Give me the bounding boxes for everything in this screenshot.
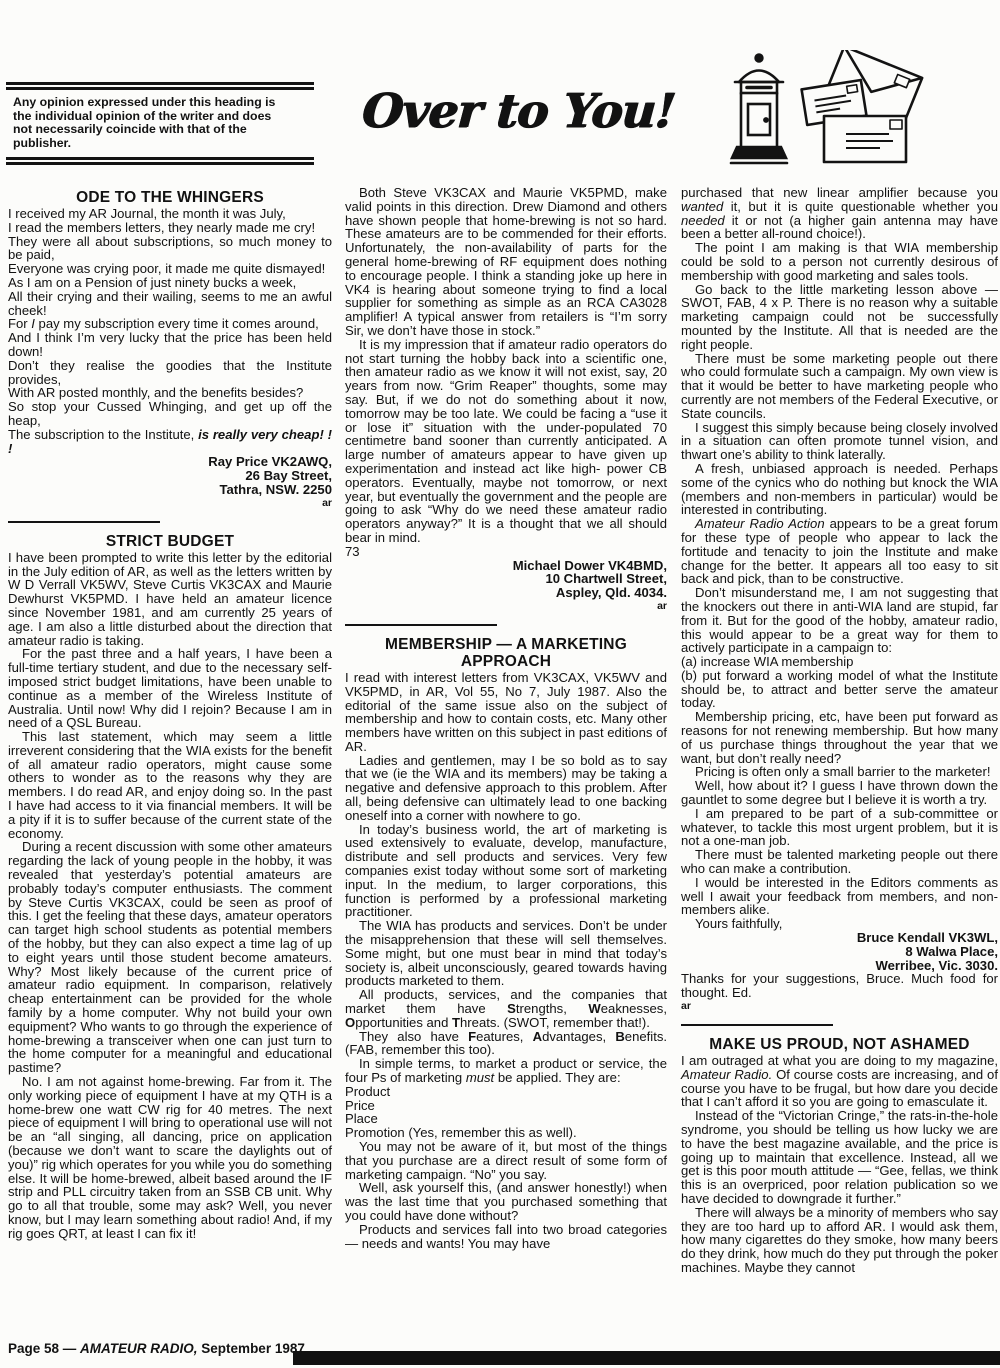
signature-line: 8 Walwa Place, (681, 945, 998, 959)
signature-line: Werribee, Vic. 3030. (681, 959, 998, 973)
text-segment: needed (681, 213, 725, 228)
text-segment: dvantages, (542, 1029, 615, 1044)
paragraph: I am outraged at what you are doing to m… (681, 1054, 998, 1109)
mail-illustration (712, 50, 940, 178)
text-segment: T (452, 1015, 460, 1030)
signature-line: Bruce Kendall VK3WL, (681, 931, 998, 945)
text-segment: They also have (359, 1029, 468, 1044)
letter-heading: STRICT BUDGET (8, 533, 332, 550)
signature-line: 10 Chartwell Street, (345, 572, 667, 586)
paragraph: Pricing is often only a small barrier to… (681, 765, 998, 779)
paragraph: The point I am making is that WIA member… (681, 241, 998, 282)
paragraph: purchased that new linear amplifier beca… (681, 186, 998, 241)
paragraph: I have been prompted to write this lette… (8, 551, 332, 648)
mailbox-icon (731, 55, 787, 163)
text-segment: purchased that new linear amplifier beca… (681, 185, 998, 200)
letter-heading: ODE TO THE WHINGERS (8, 189, 332, 206)
text-segment: pay my subscription every time it comes … (35, 316, 319, 331)
paragraph: All products, services, and the companie… (345, 988, 667, 1029)
text-segment: it or not (a higher gain antenna may hav… (681, 213, 998, 242)
letter-heading: MEMBERSHIP — A MARKETING APPROACH (345, 636, 667, 670)
text-line: 73 (345, 545, 667, 559)
paragraph: There must be talented marketing people … (681, 848, 998, 876)
text-segment: hreats. (SWOT, remember that!). (460, 1015, 650, 1030)
paragraph: Don’t misunderstand me, I am not suggest… (681, 586, 998, 655)
text-segment: it, but it is quite questionable whether… (723, 199, 998, 214)
section-divider (681, 1024, 833, 1026)
section-divider (345, 624, 497, 626)
text-segment: trengths, (516, 1001, 589, 1016)
paragraph: This last statement, which may seem a li… (8, 730, 332, 840)
text-segment: O (345, 1015, 355, 1030)
text-segment: I am outraged at what you are doing to m… (681, 1053, 998, 1068)
text-segment: AMATEUR RADIO, (80, 1341, 198, 1356)
paragraph: I am prepared to be part of a sub-commit… (681, 807, 998, 848)
text-segment: Page 58 — (8, 1341, 80, 1356)
text-segment: eatures, (476, 1029, 533, 1044)
page-title: Over to You! (360, 84, 674, 139)
paragraph: Go back to the little marketing lesson a… (681, 283, 998, 352)
text-line: With AR posted monthly, and the benefits… (8, 386, 332, 400)
text-line: I read the members letters, they nearly … (8, 221, 332, 235)
end-mark: ar (681, 1000, 998, 1012)
paragraph: Thanks for your suggestions, Bruce. Much… (681, 972, 998, 1000)
signature-line: Tathra, NSW. 2250 (8, 483, 332, 497)
text-line: So stop your Cussed Whinging, and get up… (8, 400, 332, 428)
text-segment: W (588, 1001, 600, 1016)
text-line: All their crying and their wailing, seem… (8, 290, 332, 318)
text-line: (b) put forward a working model of what … (681, 669, 998, 710)
section-divider (8, 521, 160, 523)
paragraph: I suggest this simply because being clos… (681, 421, 998, 462)
paragraph: The WIA has products and services. Don’t… (345, 919, 667, 988)
text-segment: September 1987 (198, 1341, 305, 1356)
envelopes-icon (802, 50, 923, 162)
disclaimer-text: Any opinion expressed under this heading… (6, 90, 281, 157)
text-line: For I pay my subscription every time it … (8, 317, 332, 331)
text-segment: eaknesses, (601, 1001, 667, 1016)
paragraph: For the past three and a half years, I h… (8, 647, 332, 730)
signature-line: Aspley, Qld. 4034. (345, 586, 667, 600)
text-segment: S (507, 1001, 516, 1016)
paragraph: Amateur Radio Action appears to be a gre… (681, 517, 998, 586)
signature-line: Ray Price VK2AWQ, (8, 455, 332, 469)
text-line: As I am on a Pension of just ninety buck… (8, 276, 332, 290)
page-footer: Page 58 — AMATEUR RADIO, September 1987 (8, 1341, 305, 1356)
end-mark: ar (8, 497, 332, 509)
text-segment: The subscription to the Institute, (8, 427, 198, 442)
text-segment: be applied. They are: (494, 1070, 620, 1085)
paragraph: There will always be a minority of membe… (681, 1206, 998, 1275)
text-segment: must (466, 1070, 494, 1085)
text-segment: B (615, 1029, 624, 1044)
list-item: Promotion (Yes, remember this as well). (345, 1126, 667, 1140)
paragraph: In simple terms, to market a product or … (345, 1057, 667, 1085)
paragraph: Well, how about it? I guess I have throw… (681, 779, 998, 807)
paragraph: Instead of the “Victorian Cringe,” the r… (681, 1109, 998, 1206)
paragraph: No. I am not against home-brewing. Far f… (8, 1075, 332, 1241)
paragraph: Ladies and gentlemen, may I be so bold a… (345, 754, 667, 823)
paragraph: In today’s business world, the art of ma… (345, 823, 667, 920)
text-line: (a) increase WIA membership (681, 655, 998, 669)
end-mark: ar (345, 600, 667, 612)
double-rule-bottom (6, 157, 314, 165)
column-2: Both Steve VK3CAX and Maurie VK5PMD, mak… (345, 186, 667, 1250)
text-line: Everyone was crying poor, it made me qui… (8, 262, 332, 276)
text-segment: A (533, 1029, 542, 1044)
double-rule-top (6, 82, 314, 90)
text-segment: Amateur Radio. (681, 1067, 772, 1082)
paragraph: Both Steve VK3CAX and Maurie VK5PMD, mak… (345, 186, 667, 338)
paragraph: A fresh, unbiased approach is needed. Pe… (681, 462, 998, 517)
paragraph: You may not be aware of it, but most of … (345, 1140, 667, 1181)
text-line: The subscription to the Institute, is re… (8, 428, 332, 456)
magazine-page: Any opinion expressed under this heading… (0, 0, 1000, 1368)
paragraph: Well, ask yourself this, (and answer hon… (345, 1181, 667, 1222)
list-item: Product (345, 1085, 667, 1099)
paragraph: I would be interested in the Editors com… (681, 876, 998, 917)
disclaimer-box: Any opinion expressed under this heading… (6, 82, 314, 165)
text-segment: wanted (681, 199, 723, 214)
paragraph: They also have Features, Advantages, Ben… (345, 1030, 667, 1058)
signature-line: 26 Bay Street, (8, 469, 332, 483)
text-segment: pportunities and (355, 1015, 452, 1030)
column-1: ODE TO THE WHINGERSI received my AR Jour… (8, 186, 332, 1241)
text-line: They were all about subscriptions, so mu… (8, 235, 332, 263)
paragraph: During a recent discussion with some oth… (8, 840, 332, 1075)
text-segment: F (468, 1029, 476, 1044)
column-3: purchased that new linear amplifier beca… (681, 186, 998, 1275)
letter-heading: MAKE US PROUD, NOT ASHAMED (681, 1036, 998, 1053)
text-segment: For (8, 316, 31, 331)
paragraph: It is my impression that if amateur radi… (345, 338, 667, 545)
signature-line: Michael Dower VK4BMD, (345, 559, 667, 573)
paragraph: Products and services fall into two broa… (345, 1223, 667, 1251)
paragraph: There must be some marketing people out … (681, 352, 998, 421)
text-line: I received my AR Journal, the month it w… (8, 207, 332, 221)
paragraph: Membership pricing, etc, have been put f… (681, 710, 998, 765)
text-line: And I think I’m very lucky that the pric… (8, 331, 332, 359)
text-segment: Amateur Radio Action (695, 516, 825, 531)
paragraph: I read with interest letters from VK3CAX… (345, 671, 667, 754)
list-item: Price (345, 1099, 667, 1113)
list-item: Place (345, 1112, 667, 1126)
paragraph: Yours faithfully, (681, 917, 998, 931)
text-line: Don’t they realise the goodies that the … (8, 359, 332, 387)
footer-bar (293, 1351, 1000, 1365)
